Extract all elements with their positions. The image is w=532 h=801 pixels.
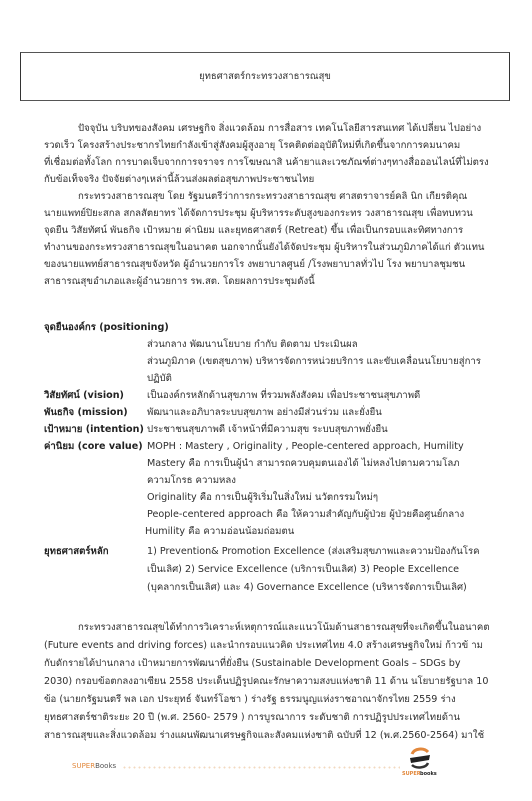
footer-brand: SUPERBooks (72, 762, 116, 770)
intro-p1-line-2: รวดเร็ว โครงสร้างประชากรไทยกำลังเข้าสู่ส… (44, 140, 460, 152)
superbooks-logo-icon: SUPER books (400, 744, 440, 778)
core-value-line-1: MOPH : Mastery , Originality , People-ce… (147, 441, 464, 453)
strategy-line-3: (บุคลากรเป็นเลิศ) และ 4) Governance Exce… (147, 582, 467, 594)
closing-line-3: กับดักรายได้ปานกลาง เป้าหมายการพัฒนาที่ย… (44, 658, 461, 670)
mission-value: พัฒนาและอภิบาลระบบสุขภาพ อย่างมีส่วนร่วม… (147, 407, 382, 419)
intro-p1-line-1: ปัจจุบัน บริบทของสังคม เศรษฐกิจ สิ่งแวดล… (78, 123, 488, 135)
intro-p2-line-6: สาธารณสุขอำเภอและผู้อำนวยการ รพ.สต. โดยผ… (44, 276, 315, 288)
svg-text:books: books (420, 771, 437, 777)
closing-line-7: สาธารณสุขและสิ่งแวดล้อม ร่างแผนพัฒนาเศรษ… (44, 730, 484, 742)
intention-value: ประชาชนสุขภาพดี เจ้าหน้าที่มีความสุข ระบ… (147, 424, 388, 436)
svg-text:SUPER: SUPER (402, 771, 421, 777)
strategy-line-2: เป็นเลิศ) 2) Service Excellence (บริการเ… (147, 564, 459, 576)
core-value-line-3: ความโกรธ ความหลง (147, 475, 236, 487)
footer-brand-prefix: SUPER (72, 762, 95, 770)
closing-line-5: ข้อ (นายกรัฐมนตรี พล เอก ประยุทธ์ จันทร์… (44, 694, 456, 706)
core-value-line-6: Humility คือ ความอ่อนน้อมถ่อมตน (145, 526, 294, 538)
positioning-line-1: ส่วนกลาง พัฒนานโยบาย กำกับ ติดตาม ประเมิ… (147, 339, 358, 351)
document-title-box: ยุทธศาสตร์กระทรวงสาธารณสุข (20, 52, 510, 101)
intro-p2-line-4: ทำงานของกระทรวงสาธารณสุขในอนาคต นอกจากนั… (44, 242, 485, 254)
footer-brand-suffix: Books (95, 762, 116, 770)
core-value-line-4: Originality คือ การเป็นผู้ริเริ่มในสิ่งใ… (147, 492, 378, 504)
document-title: ยุทธศาสตร์กระทรวงสาธารณสุข (199, 69, 331, 84)
intro-p1-line-4: กับข้อเท็จจริง ปัจจัยต่างๆเหล่านี้ล้วนส่… (44, 174, 314, 186)
closing-line-2: (Future events and driving forces) และนำ… (44, 640, 483, 652)
positioning-label: จุดยืนองค์กร (positioning) (44, 322, 169, 334)
intention-label: เป้าหมาย (intention) (44, 424, 144, 436)
vision-value: เป็นองค์กรหลักด้านสุขภาพ ที่รวมพลังสังคม… (147, 390, 420, 402)
core-value-label: ค่านิยม (core value) (44, 441, 143, 453)
positioning-line-3: ปฏิบัติ (147, 373, 172, 385)
vision-label: วิสัยทัศน์ (vision) (44, 390, 124, 402)
closing-line-6: ยุทธศาสตร์ชาติระยะ 20 ปี (พ.ศ. 2560- 257… (44, 712, 460, 724)
footer-dotted-rule (122, 766, 400, 769)
closing-line-4: 2030) กรอบข้อตกลงอาเซียน 2558 ประเด็นปฏิ… (44, 676, 488, 688)
strategy-label: ยุทธศาสตร์หลัก (44, 546, 109, 558)
positioning-line-2: ส่วนภูมิภาค (เขตสุขภาพ) บริหารจัดการหน่ว… (147, 356, 481, 368)
core-value-line-2: Mastery คือ การเป็นผู้นำ สามารถควบคุมตนเ… (147, 458, 460, 470)
core-value-line-5: People-centered approach คือ ให้ความสำคั… (147, 509, 464, 521)
intro-p2-line-5: ของนายแพทย์สาธารณสุขจังหวัด ผู้อำนวยการโ… (44, 259, 465, 271)
intro-p2-line-2: นายแพทย์ปิยะสกล สกลสัตยาทร ได้จัดการประช… (44, 208, 473, 220)
intro-p1-line-3: ที่เชื่อมต่อทั้งโลก การบาดเจ็บจากการจราจ… (44, 157, 489, 169)
mission-label: พันธกิจ (mission) (44, 407, 128, 419)
closing-line-1: กระทรวงสาธารณสุขได้ทำการวิเคราะห์เหตุการ… (78, 622, 490, 634)
intro-p2-line-3: จุดยืน วิสัยทัศน์ พันธกิจ เป้าหมาย ค่านิ… (44, 225, 463, 237)
strategy-line-1: 1) Prevention& Promotion Excellence (ส่ง… (147, 546, 480, 558)
intro-p2-line-1: กระทรวงสาธารณสุข โดย รัฐมนตรีว่าการกระทร… (78, 191, 467, 203)
